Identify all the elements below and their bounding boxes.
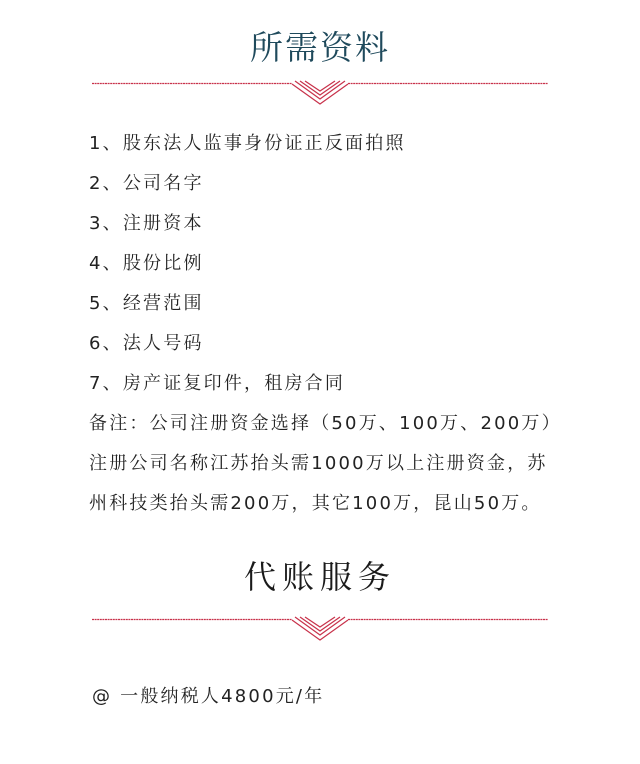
requirement-item: 3、注册资本 xyxy=(89,212,204,236)
note-line: 备注：公司注册资金选择（50万、100万、200万） xyxy=(89,412,562,436)
note-line: 州科技类抬头需200万，其它100万，昆山50万。 xyxy=(89,492,542,516)
requirement-item: 5、经营范围 xyxy=(89,292,204,316)
requirement-item: 4、股份比例 xyxy=(89,252,204,276)
section-divider xyxy=(92,613,548,643)
section-title-accounting-service: 代账服务 xyxy=(0,555,640,599)
section-title-required-materials: 所需资料 xyxy=(0,26,640,70)
chevron-down-icon xyxy=(92,613,548,643)
requirement-item: 2、公司名字 xyxy=(89,172,204,196)
chevron-down-icon xyxy=(92,77,548,107)
note-line: 注册公司名称江苏抬头需1000万以上注册资金，苏 xyxy=(89,452,548,476)
service-item: @ 一般纳税人4800元/年 xyxy=(92,685,324,709)
requirement-item: 7、房产证复印件，租房合同 xyxy=(89,372,345,396)
requirement-item: 1、股东法人监事身份证正反面拍照 xyxy=(89,132,406,156)
section-divider xyxy=(92,77,548,107)
requirement-item: 6、法人号码 xyxy=(89,332,204,356)
